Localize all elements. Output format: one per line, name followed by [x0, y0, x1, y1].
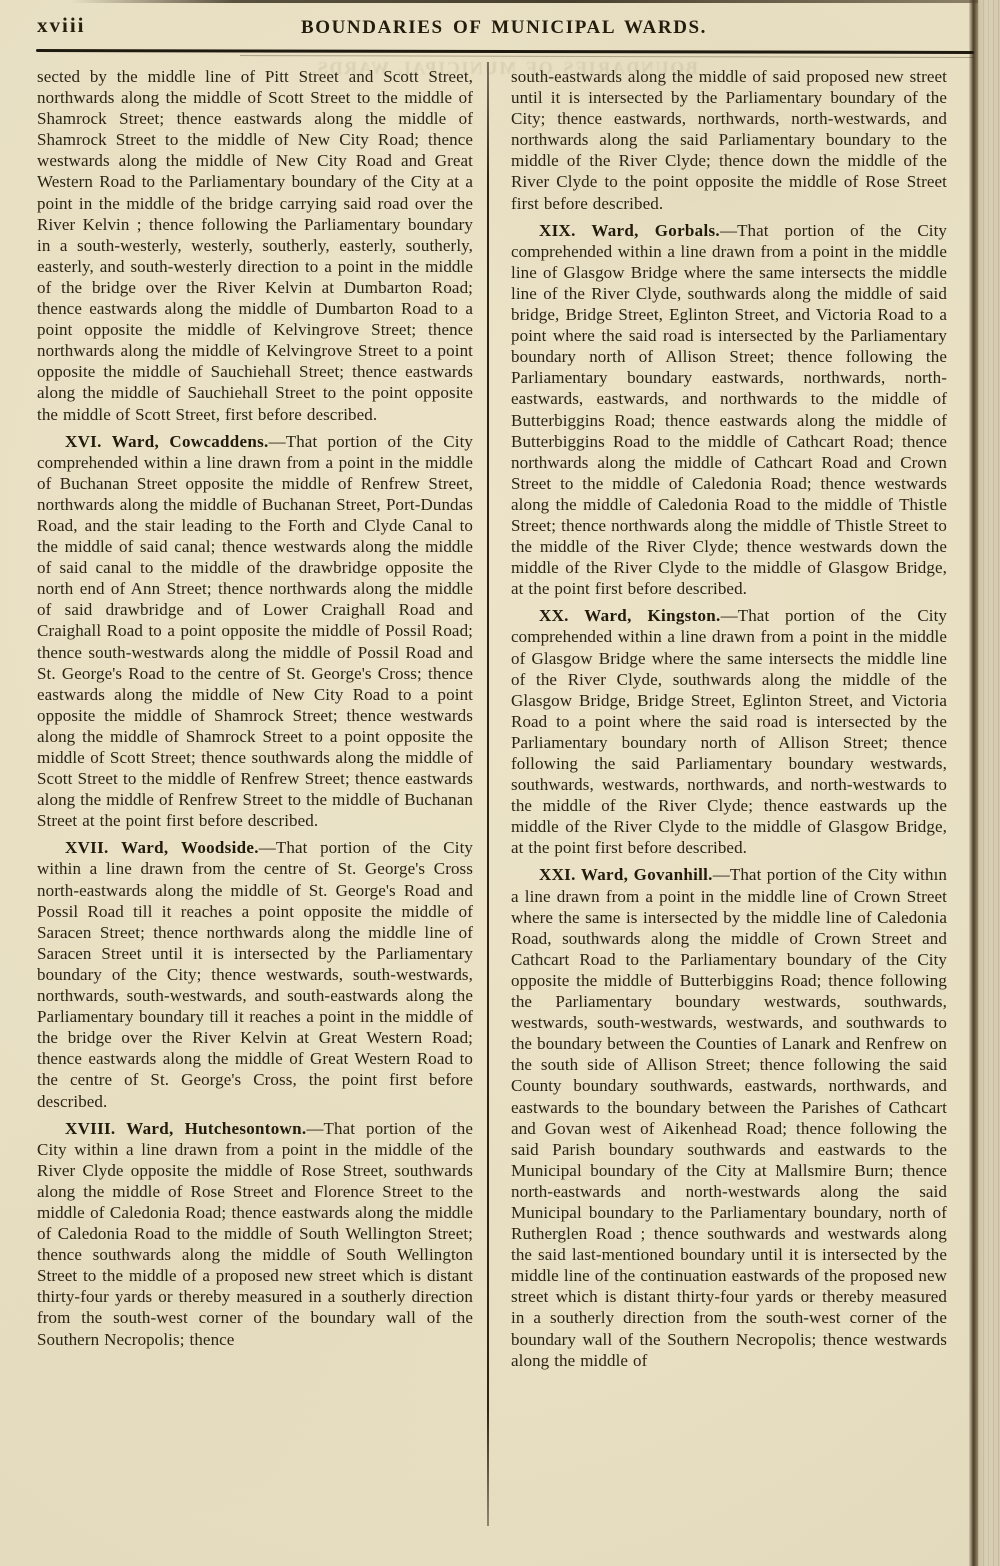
paragraph-continuation: south-eastwards along the middle of said…: [511, 66, 947, 214]
paragraph-ward-xx: XX. Ward, Kingston.—That portion of the …: [511, 605, 947, 858]
running-title: BOUNDARIES OF MUNICIPAL WARDS.: [35, 17, 973, 39]
ward-heading: XVII. Ward, Woodside.: [65, 838, 259, 857]
paragraph-body: —That portion of the City withın a line …: [511, 865, 947, 1369]
text-block: sected by the middle line of Pitt Street…: [37, 64, 947, 1371]
left-column: sected by the middle line of Pitt Street…: [37, 64, 473, 1371]
paragraph-body: —That portion of the City comprehended w…: [37, 432, 473, 831]
right-column: south-eastwards along the middle of said…: [511, 64, 947, 1371]
paragraph-ward-xix: XIX. Ward, Gorbals.—That portion of the …: [511, 220, 947, 600]
scanned-book-page: xviii BOUNDARIES OF MUNICIPAL WARDS. BOU…: [0, 0, 1000, 1566]
paragraph-ward-xvii: XVII. Ward, Woodside.—That portion of th…: [37, 837, 473, 1111]
ward-heading: XVIII. Ward, Hutchesontown.: [65, 1119, 306, 1138]
page-spine-shadow: [969, 0, 978, 1566]
ward-heading: XIX. Ward, Gorbals.: [539, 221, 720, 240]
scan-top-edge: [70, 0, 982, 3]
paragraph-ward-xvi: XVI. Ward, Cowcaddens.—That portion of t…: [37, 431, 473, 832]
ward-heading: XX. Ward, Kingston.: [539, 606, 721, 625]
header-rule: [36, 49, 974, 54]
paragraph-body: sected by the middle line of Pitt Street…: [37, 67, 473, 424]
paragraph-continuation: sected by the middle line of Pitt Street…: [37, 66, 473, 425]
paragraph-body: —That portion of the City comprehended w…: [511, 606, 947, 857]
ward-heading: XXI. Ward, Govanhill.: [539, 865, 713, 884]
paragraph-ward-xxi: XXI. Ward, Govanhill.—That portion of th…: [511, 864, 947, 1370]
paragraph-body: —That portion of the City within a line …: [37, 838, 473, 1110]
paragraph-body: —That portion of the City comprehended w…: [511, 221, 947, 599]
ward-heading: XVI. Ward, Cowcaddens.: [65, 432, 269, 451]
paragraph-body: —That portion of the City within a line …: [37, 1119, 473, 1349]
adjacent-page-edge: [978, 0, 1000, 1566]
paragraph-ward-xviii: XVIII. Ward, Hutchesontown.—That portion…: [37, 1118, 473, 1350]
paragraph-body: south-eastwards along the middle of said…: [511, 67, 947, 213]
